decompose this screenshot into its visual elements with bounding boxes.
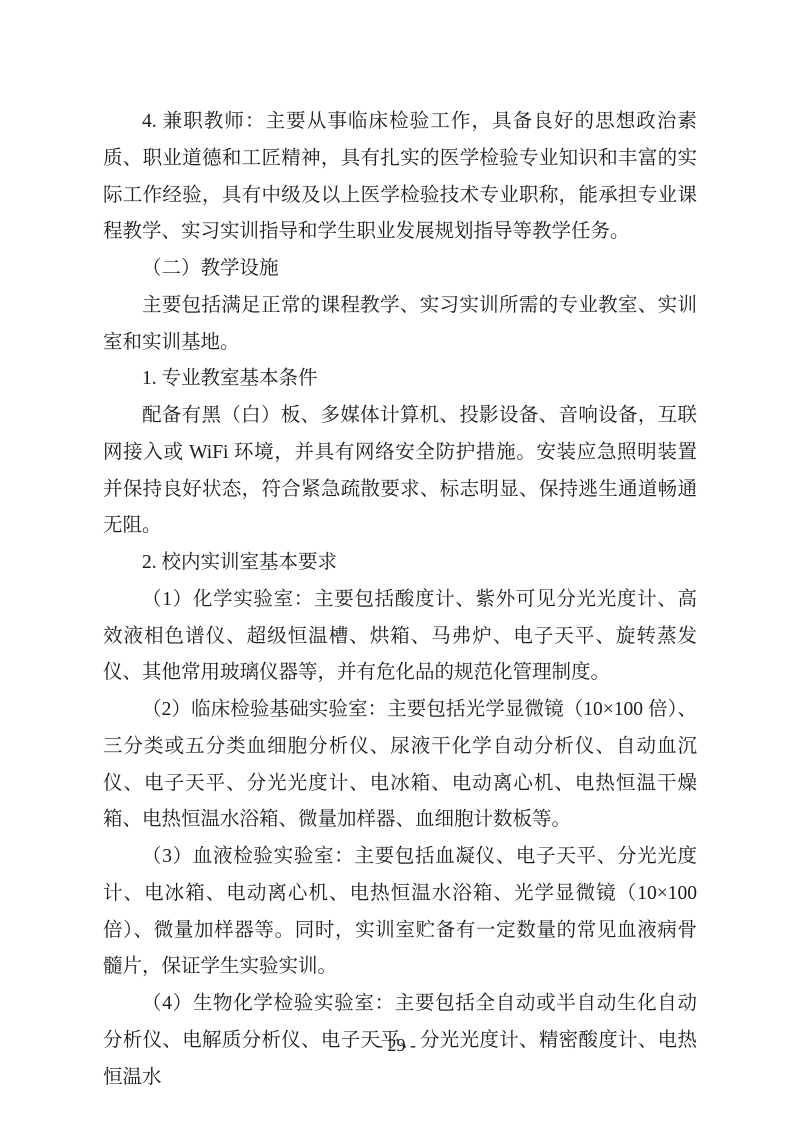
para-part-time-teachers: 4. 兼职教师：主要从事临床检验工作，具备良好的思想政治素质、职业道德和工匠精神… xyxy=(103,104,697,251)
heading-teaching-facilities: （二）教学设施 xyxy=(103,251,697,288)
page-number: - 29 - xyxy=(0,1032,793,1058)
para-classroom-equipment: 配备有黑（白）板、多媒体计算机、投影设备、音响设备，互联网接入或 WiFi 环境… xyxy=(103,398,697,545)
heading-classroom-conditions: 1. 专业教室基本条件 xyxy=(103,361,697,398)
para-facilities-overview: 主要包括满足正常的课程教学、实习实训所需的专业教室、实训室和实训基地。 xyxy=(103,288,697,362)
document-page: 4. 兼职教师：主要从事临床检验工作，具备良好的思想政治素质、职业道德和工匠精神… xyxy=(0,0,793,1122)
para-clinical-test-basic-lab: （2）临床检验基础实验室：主要包括光学显微镜（10×100 倍）、三分类或五分类… xyxy=(103,692,697,839)
heading-training-room-requirements: 2. 校内实训室基本要求 xyxy=(103,545,697,582)
para-blood-test-lab: （3）血液检验实验室：主要包括血凝仪、电子天平、分光光度计、电冰箱、电动离心机、… xyxy=(103,839,697,986)
para-chemistry-lab: （1）化学实验室：主要包括酸度计、紫外可见分光光度计、高效液相色谱仪、超级恒温槽… xyxy=(103,582,697,692)
